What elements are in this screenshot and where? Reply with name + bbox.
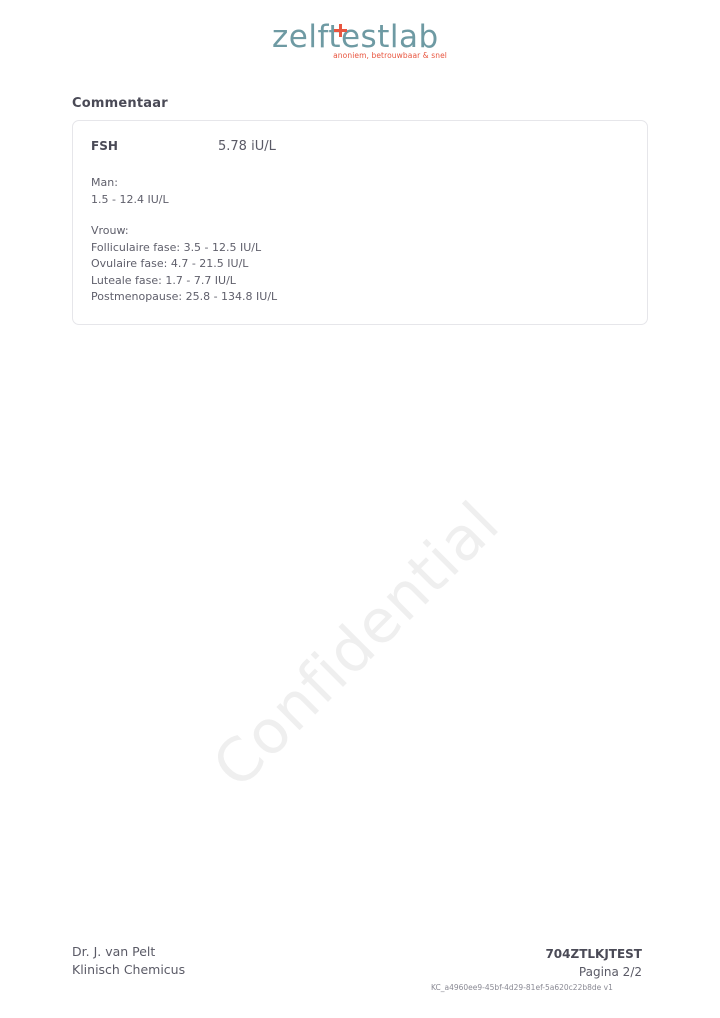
reference-vrouw: Vrouw: Folliculaire fase: 3.5 - 12.5 IU/… <box>91 223 277 306</box>
reference-man-label: Man: <box>91 175 169 192</box>
reference-vrouw-range: Luteale fase: 1.7 - 7.7 IU/L <box>91 273 277 290</box>
reference-vrouw-range: Postmenopause: 25.8 - 134.8 IU/L <box>91 289 277 306</box>
report-meta: 704ZTLKJTEST Pagina 2/2 <box>545 946 642 981</box>
reference-vrouw-range: Folliculaire fase: 3.5 - 12.5 IU/L <box>91 240 277 257</box>
confidential-watermark: Confidential <box>200 488 513 801</box>
reference-man: Man: 1.5 - 12.4 IU/L <box>91 175 169 208</box>
test-value: 5.78 iU/L <box>218 139 276 154</box>
result-row: FSH 5.78 iU/L <box>91 139 276 154</box>
reference-vrouw-range: Ovulaire fase: 4.7 - 21.5 IU/L <box>91 256 277 273</box>
reference-vrouw-label: Vrouw: <box>91 223 277 240</box>
logo-text-prefix: zelf <box>272 19 328 55</box>
signature-block: Dr. J. van Pelt Klinisch Chemicus <box>72 943 185 979</box>
signer-title: Klinisch Chemicus <box>72 961 185 979</box>
brand-logo: zelftestlab anoniem, betrouwbaar & snel <box>272 18 452 66</box>
section-title: Commentaar <box>72 96 168 111</box>
document-code: KC_a4960ee9-45bf-4d29-81ef-5a620c22b8de … <box>431 983 613 992</box>
report-id: 704ZTLKJTEST <box>545 946 642 962</box>
test-name: FSH <box>91 139 218 153</box>
page-number: Pagina 2/2 <box>545 963 642 981</box>
signer-name: Dr. J. van Pelt <box>72 943 185 961</box>
reference-man-range: 1.5 - 12.4 IU/L <box>91 192 169 209</box>
result-card: FSH 5.78 iU/L Man: 1.5 - 12.4 IU/L Vrouw… <box>72 120 648 325</box>
logo-tagline: anoniem, betrouwbaar & snel <box>333 51 447 60</box>
plus-cross-icon <box>334 24 347 37</box>
report-page: zelftestlab anoniem, betrouwbaar & snel … <box>0 0 720 1018</box>
